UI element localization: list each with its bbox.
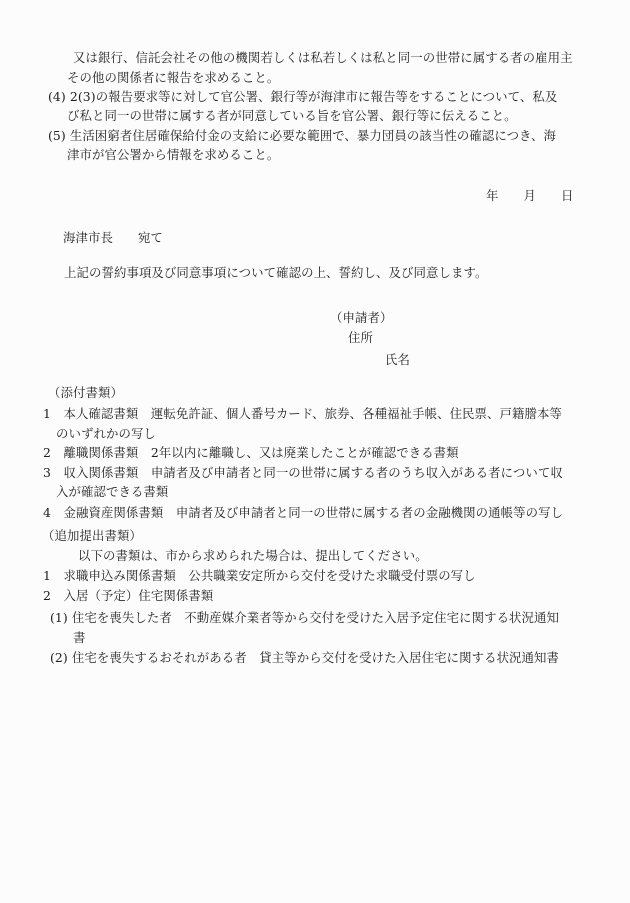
pledge-item5-line1: (5) 生活困窮者住居確保給付金の支給に必要な範囲で、暴力団員の該当性の確認につ…	[48, 129, 556, 144]
additional-item2-sub2: (2) 住宅を喪失するおそれがある者 貸主等から交付を受けた入居住宅に関する状況…	[50, 651, 559, 666]
pledge-item3-cont-line1: 又は銀行、信託会社その他の機関若しくは私若しくは私と同一の世帯に属する者の雇用主	[73, 51, 573, 66]
applicant-name-label: 氏名	[385, 353, 410, 368]
additional-item2-sub1-line2: 書	[73, 631, 86, 646]
pledge-item4-line1: (4) 2(3)の報告要求等に対して官公署、銀行等が海津市に報告等をすることにつ…	[48, 90, 557, 105]
document-page: 又は銀行、信託会社その他の機関若しくは私若しくは私と同一の世帯に属する者の雇用主…	[0, 0, 630, 903]
applicant-address-label: 住所	[348, 331, 373, 346]
pledge-item5-line2: 津市が官公署から情報を求めること。	[67, 148, 279, 163]
applicant-label: （申請者）	[330, 311, 392, 326]
attachment-item2: 2 離職関係書類 2年以内に離職し、又は廃業したことが確認できる書類	[43, 446, 459, 461]
attachment-item1-line1: 1 本人確認書類 運転免許証、個人番号カード、旅券、各種福祉手帳、住民票、戸籍謄…	[43, 407, 562, 422]
attachment-item4: 4 金融資産関係書類 申請者及び申請者と同一の世帯に属する者の金融機関の通帳等の…	[43, 506, 563, 521]
additional-item2-sub1-line1: (1) 住宅を喪失した者 不動産媒介業者等から交付を受けた入居予定住宅に関する状…	[50, 611, 559, 626]
attachment-item1-line2: のいずれかの写し	[56, 427, 156, 442]
additional-item1: 1 求職申込み関係書類 公共職業安定所から交付を受けた求職受付票の写し	[43, 569, 476, 584]
pledge-item4-line2: び私と同一の世帯に属する者が同意している旨を官公署、銀行等に伝えること。	[67, 109, 517, 124]
attachments-heading: （添付書類）	[48, 386, 123, 401]
date-placeholder-line: 年 月 日	[486, 189, 573, 204]
additional-docs-heading: （追加提出書類）	[42, 529, 142, 544]
pledge-item3-cont-line2: その他の関係者に報告を求めること。	[67, 71, 279, 86]
addressee-line: 海津市長 宛て	[63, 231, 163, 246]
declaration-line: 上記の誓約事項及び同意事項について確認の上、誓約し、及び同意します。	[64, 266, 487, 281]
additional-item2: 2 入居（予定）住宅関係書類	[43, 589, 213, 604]
attachment-item3-line2: 入が確認できる書類	[56, 485, 168, 500]
additional-docs-note: 以下の書類は、市から求められた場合は、提出してください。	[78, 549, 428, 564]
attachment-item3-line1: 3 収入関係書類 申請者及び申請者と同一の世帯に属する者のうち収入がある者につい…	[43, 466, 563, 481]
